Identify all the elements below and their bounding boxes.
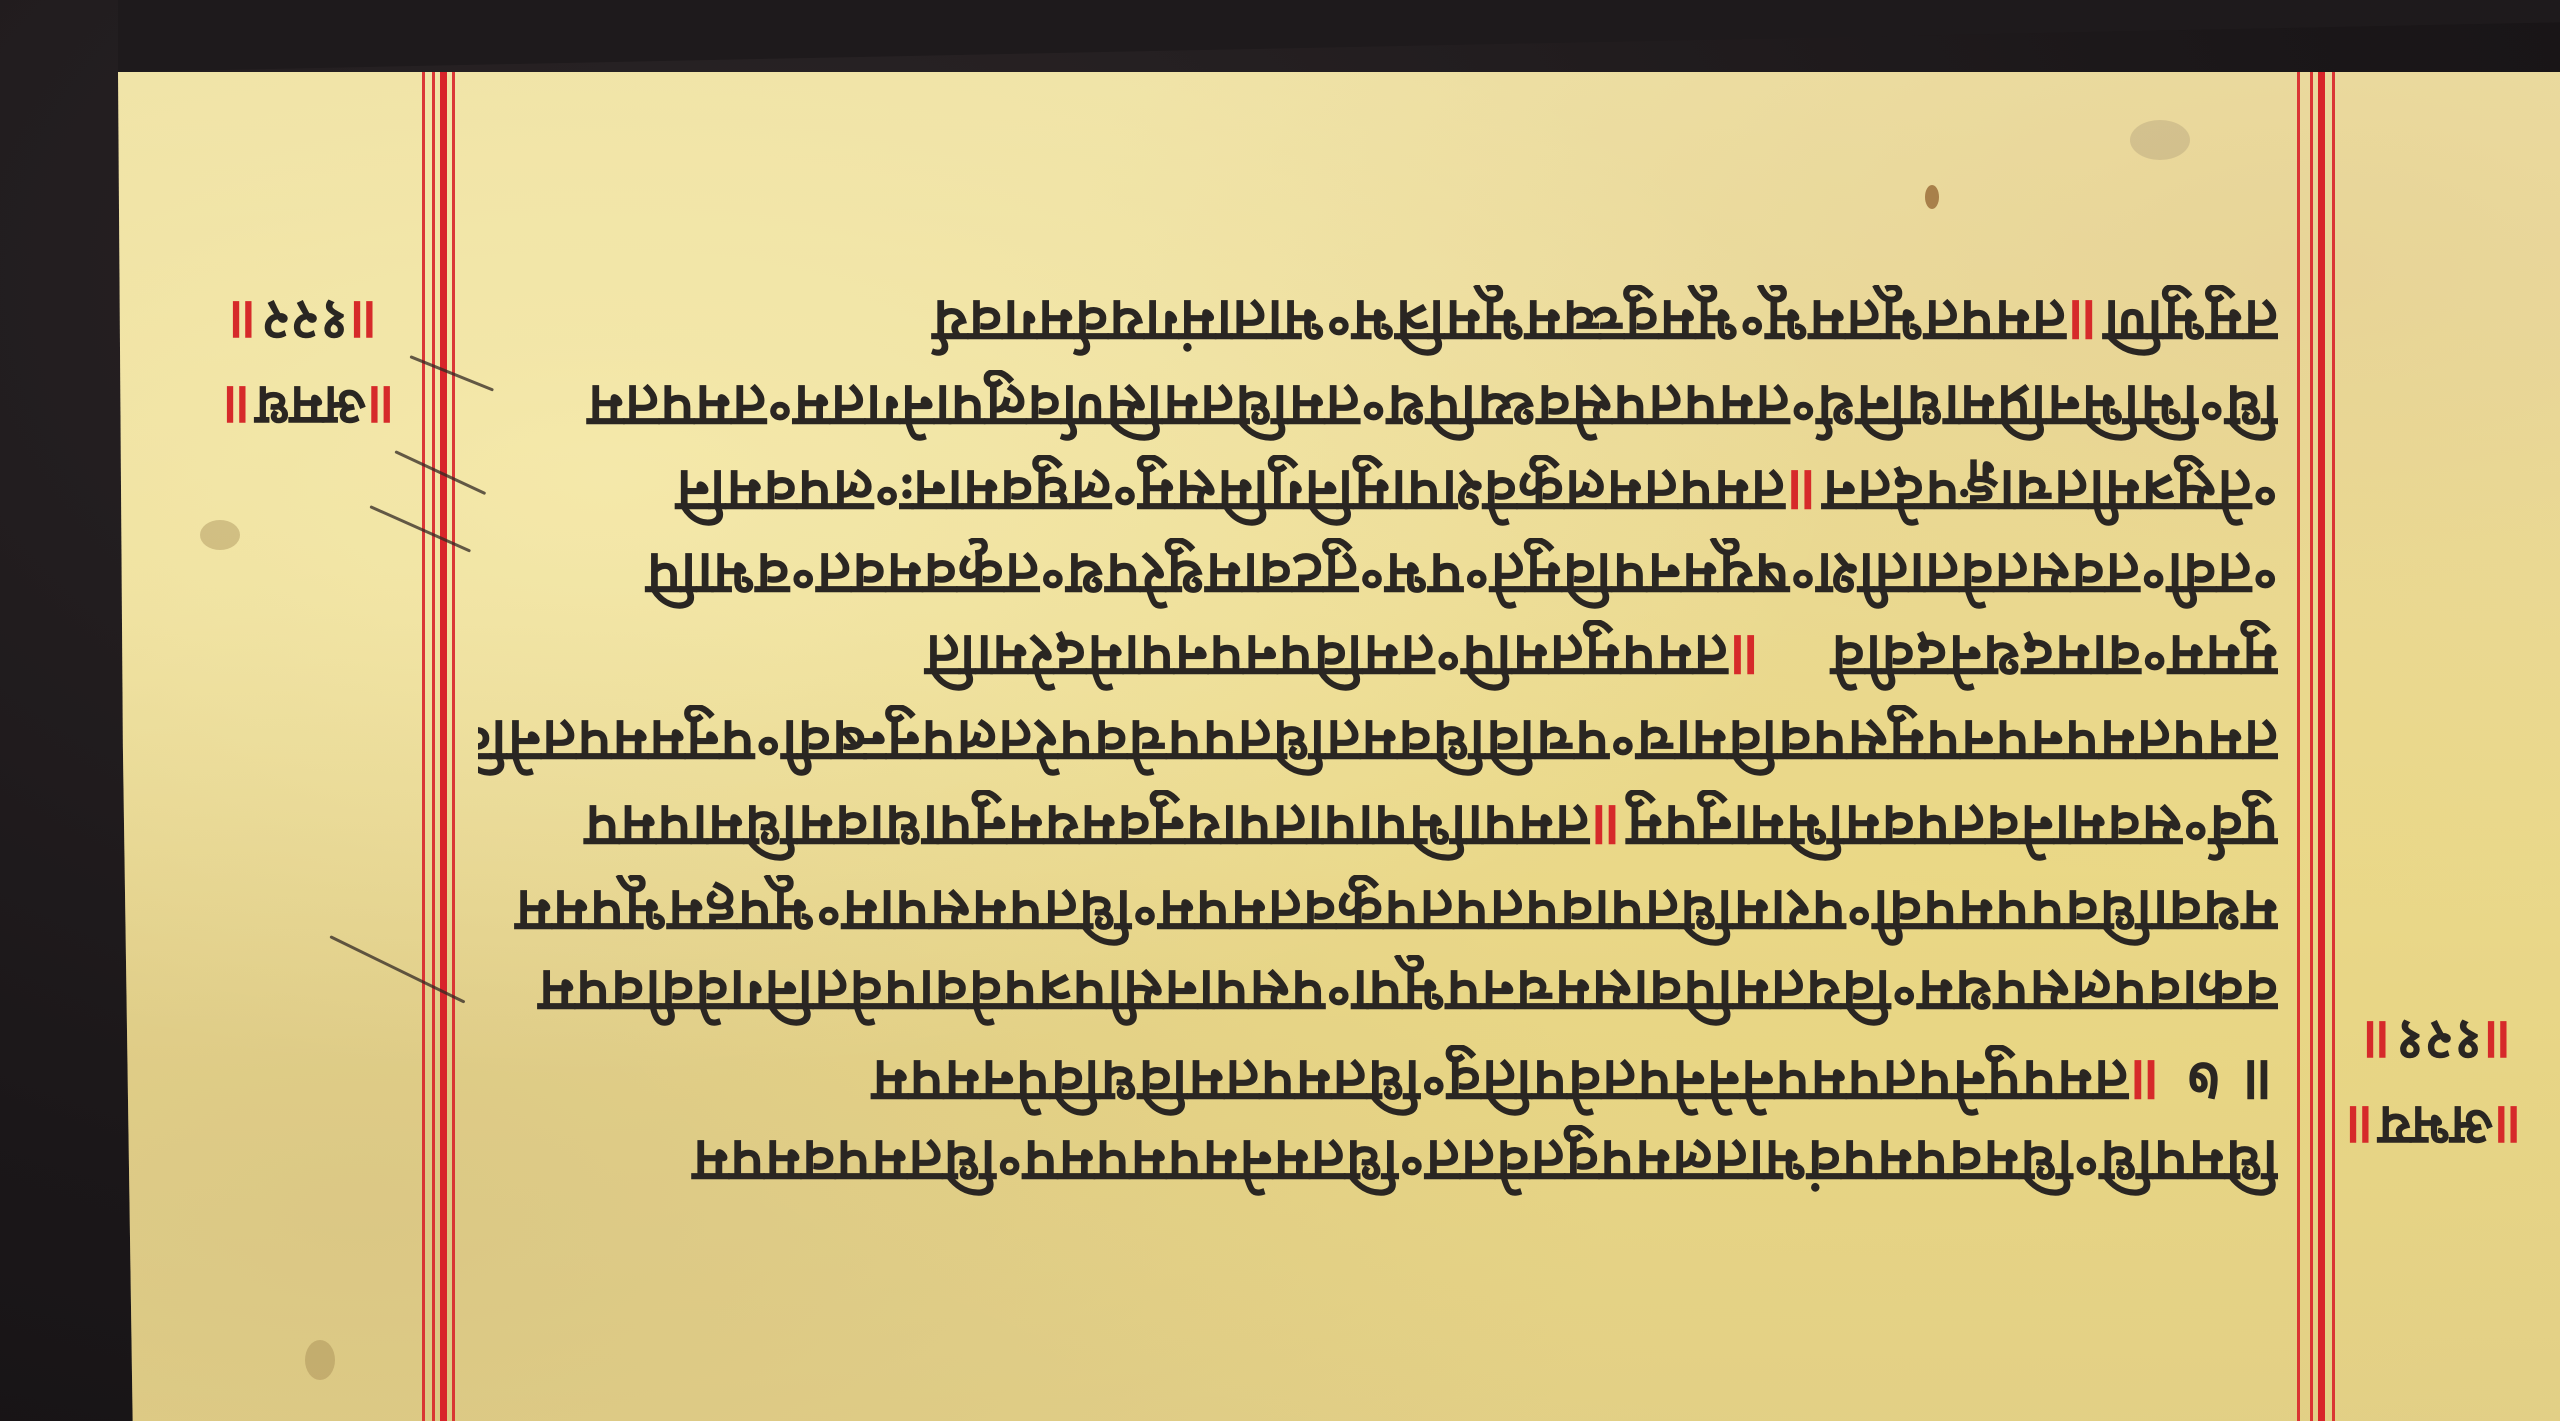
left-folio-number: ॥१२२॥ — [228, 290, 382, 350]
left-margin-rule — [422, 72, 425, 1421]
manuscript-line: मथवाधिवपपमपवी॰परामधितपावपतपतपकुवतमपम॰धित… — [478, 875, 2278, 947]
manuscript-line: मुमम॰वामदथनेदवीवे ॥तमपमुतमपि॰तमविपनपनपाम… — [478, 620, 2278, 692]
left-margin-rule — [452, 72, 455, 1421]
manuscript-line: तमुभुणि॥तमपतभूतमभू॰भूमवुच्चमभूमत्रिभ॰भात… — [478, 285, 2278, 357]
paper-stain — [2130, 120, 2190, 160]
manuscript-line: पुर्व॰सवमानेवतपवमभिमानुपमु॥तमपाभिपापातपा… — [478, 790, 2278, 862]
right-margin-rule — [2318, 72, 2325, 1421]
manuscript-line: ॰तवी॰तवसतवेतातीश॰षयूमनपविमुते॰पभ॰तुटवामथ… — [478, 538, 2278, 610]
manuscript-line: धिमपधि॰धिमवपमपवंभातलमपवुतवेतत॰धितमनेमपमप… — [478, 1125, 2278, 1197]
left-folio-label: ॥अमध॥ — [222, 375, 400, 435]
paper-stain — [1925, 185, 1939, 209]
manuscript-line: तमपतमपनपनपमुसपवविमाच॰पचविधिवमतधितपपचेवपर… — [478, 705, 2278, 777]
right-folio-number: ॥१२१॥ — [2362, 1010, 2516, 1070]
manuscript-line: वकावपलसपथम॰वियतमपिवासमचनपभूपा॰पसपानसीपत्… — [478, 955, 2278, 1027]
right-margin-rule — [2332, 72, 2335, 1421]
manuscript-line: धि॰भिभिनप्रिमाधनिर्थ॰तमपतपसेवथ्यपिथ॰तमधि… — [478, 370, 2278, 442]
left-margin-rule — [432, 72, 435, 1421]
right-margin-rule — [2310, 72, 2313, 1421]
paper-stain — [305, 1340, 335, 1380]
manuscript-line: ॰तेसुत्रमीतचाङ्गपदेतन॥तमपतमलकुवेशपामुनिग… — [478, 455, 2278, 527]
left-margin-rule — [440, 72, 447, 1421]
paper-stain — [200, 520, 240, 550]
manuscript-line: ॥ ७ ॥तमपपुनेपतपमपनेनेनेपतवेपतिवु॰धितमपतम… — [478, 1045, 2278, 1117]
right-margin-rule — [2297, 72, 2300, 1421]
right-folio-label: ॥अभय॥ — [2345, 1095, 2527, 1155]
